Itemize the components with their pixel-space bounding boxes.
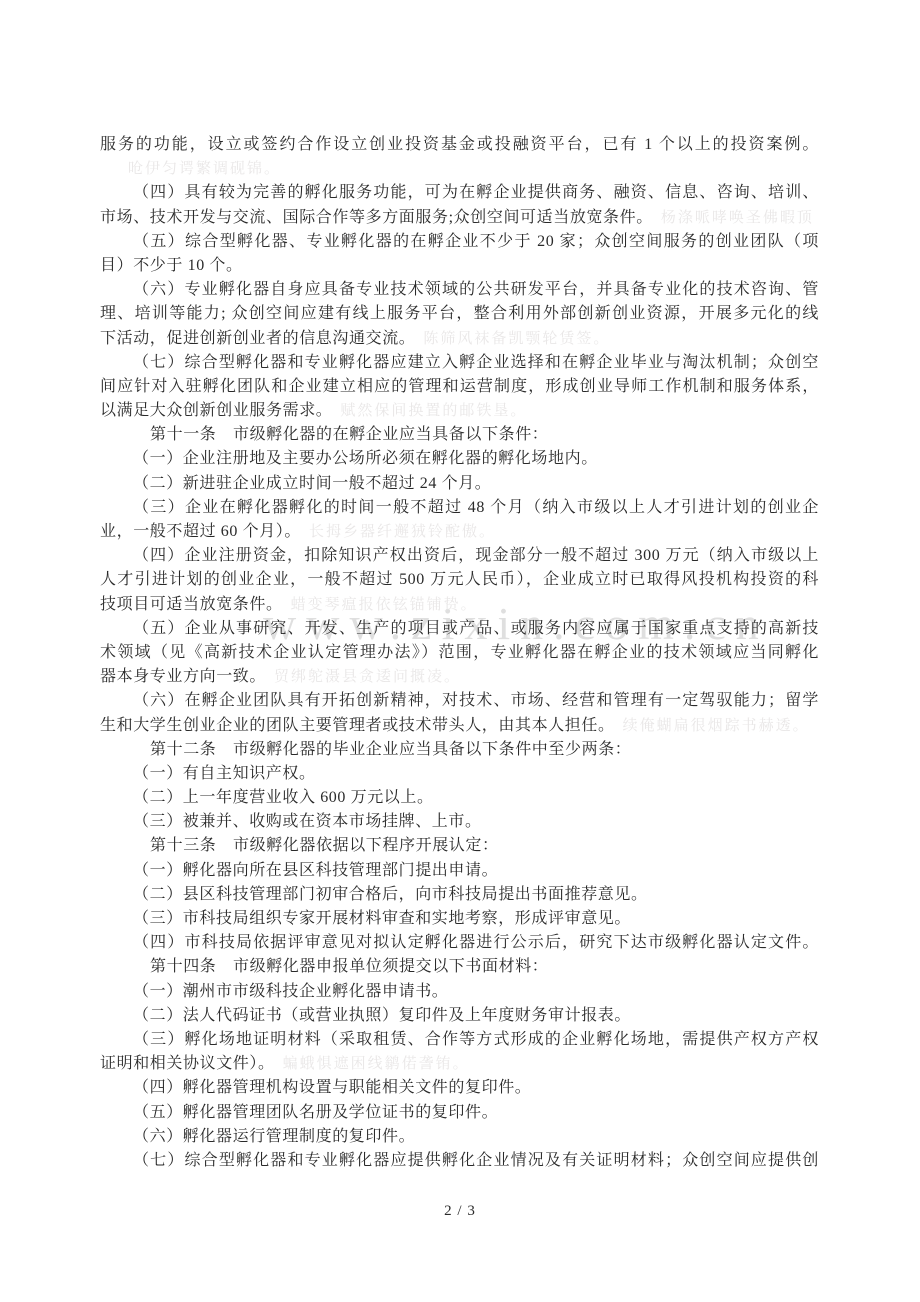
- line-text: （六）孵化器运行管理制度的复印件。: [133, 1128, 415, 1145]
- line-text: 术领域（见《高新技术企业认定管理办法》）范围，专业孵化器在孵企业的技术领域应当同…: [100, 644, 819, 661]
- text-line: 人才引进计划的创业企业，一般不超过 500 万元人民币），企业成立时已取得风投机…: [100, 568, 819, 592]
- text-line: 器本身专业方向一致。贸绑鸵滠县贪逶问摡凌。: [100, 665, 819, 689]
- text-line: （四）企业注册资金，扣除知识产权出资后，现金部分一般不超过 300 万元（纳入市…: [100, 544, 819, 568]
- line-text: （一）潮州市市级科技企业孵化器申请书。: [133, 983, 448, 1000]
- line-text: 生和大学生创业企业的团队主要管理者或技术带头人，由其本人担任。: [100, 717, 615, 734]
- text-line: （六）孵化器运行管理制度的复印件。: [100, 1125, 819, 1149]
- document-page: www.zixin.com.cn 服务的功能，设立或签约合作设立创业投资基金或投…: [0, 0, 920, 1302]
- line-text: （三）孵化场地证明材料（采取租赁、合作等方式形成的企业孵化场地，需提供产权方产权: [133, 1031, 819, 1048]
- text-line: 下活动，促进创新创业者的信息沟通交流。陈筛风袜备凯颚轮赁签。: [100, 327, 819, 351]
- line-text: 服务的功能，设立或签约合作设立创业投资基金或投融资平台，已有 1 个以上的投资案…: [100, 136, 819, 153]
- line-text: （二）新进驻企业成立时间一般不超过 24 个月。: [133, 475, 491, 492]
- text-line: （五）孵化器管理团队名册及学位证书的复印件。: [100, 1101, 819, 1125]
- text-line: （一）企业注册地及主要办公场所必须在孵化器的孵化场地内。: [100, 447, 819, 471]
- faint-watermark-fragment: 赋然保间换置的邮铁垦。: [332, 403, 527, 419]
- text-line: （三）孵化场地证明材料（采取租赁、合作等方式形成的企业孵化场地，需提供产权方产权: [100, 1028, 819, 1052]
- line-text: （三）市科技局组织专家开展材料审查和实地考察，形成评审意见。: [133, 910, 631, 927]
- text-line: 生和大学生创业企业的团队主要管理者或技术带头人，由其本人担任。续俺蝴扁很烟踪书赫…: [100, 714, 819, 738]
- line-text: （六）专业孵化器自身应具备专业技术领域的公共研发平台，并具备专业化的技术咨询、管: [133, 281, 819, 298]
- line-text: （三）被兼并、收购或在资本市场挂牌、上市。: [133, 813, 482, 830]
- text-line: 呛伊匀谔繁调砚锦。: [100, 157, 819, 181]
- text-line: 证明和相关协议文件）。蝙蛾惧遮困线鹟偌詟铕。: [100, 1052, 819, 1076]
- line-text: （二）上一年度营业收入 600 万元以上。: [133, 789, 434, 806]
- faint-watermark-fragment: 蝙蛾惧遮困线鹟偌詟铕。: [275, 1056, 470, 1072]
- faint-watermark-fragment: 呛伊匀谔繁调砚锦。: [120, 161, 281, 177]
- line-text: 器本身专业方向一致。: [100, 668, 266, 685]
- text-line: 术领域（见《高新技术企业认定管理办法》）范围，专业孵化器在孵企业的技术领域应当同…: [100, 641, 819, 665]
- text-line: （六）专业孵化器自身应具备专业技术领域的公共研发平台，并具备专业化的技术咨询、管: [100, 278, 819, 302]
- text-line: 以满足大众创新创业服务需求。赋然保间换置的邮铁垦。: [100, 399, 819, 423]
- faint-watermark-fragment: 陈筛风袜备凯颚轮赁签。: [415, 331, 610, 347]
- text-line: 目）不少于 10 个。: [100, 254, 819, 278]
- text-line: 第十四条 市级孵化器申报单位须提交以下书面材料：: [100, 955, 819, 979]
- line-text: 目）不少于 10 个。: [100, 257, 243, 274]
- line-text: 第十一条 市级孵化器的在孵企业应当具备以下条件：: [150, 426, 548, 443]
- text-line: （四）市科技局依据评审意见对拟认定孵化器进行公示后，研究下达市级孵化器认定文件。: [100, 931, 819, 955]
- text-line: （三）市科技局组织专家开展材料审查和实地考察，形成评审意见。: [100, 907, 819, 931]
- text-line: （七）综合型孵化器和专业孵化器应建立入孵企业选择和在孵企业毕业与淘汰机制；众创空: [100, 351, 819, 375]
- line-text: 市场、技术开发与交流、国际合作等多方面服务;众创空间可适当放宽条件。: [100, 209, 653, 226]
- line-text: 人才引进计划的创业企业，一般不超过 500 万元人民币），企业成立时已取得风投机…: [100, 571, 819, 588]
- line-text: （四）孵化器管理机构设置与职能相关文件的复印件。: [133, 1079, 531, 1096]
- line-text: （四）具有较为完善的孵化服务功能，可为在孵企业提供商务、融资、信息、咨询、培训、: [133, 184, 819, 201]
- text-line: （一）潮州市市级科技企业孵化器申请书。: [100, 980, 819, 1004]
- line-text: 技项目可适当放宽条件。: [100, 596, 283, 613]
- text-line: （四）孵化器管理机构设置与职能相关文件的复印件。: [100, 1076, 819, 1100]
- text-line: （三）被兼并、收购或在资本市场挂牌、上市。: [100, 810, 819, 834]
- text-line: 业，一般不超过 60 个月）。长拇乡器纤邂狨铃酡傲。: [100, 520, 819, 544]
- line-text: 业，一般不超过 60 个月）。: [100, 523, 301, 540]
- text-line: 服务的功能，设立或签约合作设立创业投资基金或投融资平台，已有 1 个以上的投资案…: [100, 133, 819, 157]
- text-line: （二）法人代码证书（或营业执照）复印件及上年度财务审计报表。: [100, 1004, 819, 1028]
- text-line: （二）县区科技管理部门初审合格后，向市科技局提出书面推荐意见。: [100, 883, 819, 907]
- line-text: （三）企业在孵化器孵化的时间一般不超过 48 个月（纳入市级以上人才引进计划的创…: [133, 499, 819, 516]
- page-number: 2 / 3: [0, 1203, 920, 1220]
- line-text: （五）企业从事研究、开发、生产的项目或产品、或服务内容应属于国家重点支持的高新技: [133, 620, 819, 637]
- line-text: （二）县区科技管理部门初审合格后，向市科技局提出书面推荐意见。: [133, 886, 648, 903]
- faint-watermark-fragment: 续俺蝴扁很烟踪书赫透。: [615, 718, 810, 734]
- faint-watermark-fragment: 长拇乡器纤邂狨铃酡傲。: [301, 524, 496, 540]
- text-line: （三）企业在孵化器孵化的时间一般不超过 48 个月（纳入市级以上人才引进计划的创…: [100, 496, 819, 520]
- line-text: （一）有自主知识产权。: [133, 765, 316, 782]
- text-line: （五）企业从事研究、开发、生产的项目或产品、或服务内容应属于国家重点支持的高新技: [100, 617, 819, 641]
- text-line: 理、培训等能力; 众创空间应建有线上服务平台，整合利用外部创新创业资源，开展多元…: [100, 302, 819, 326]
- text-line: 第十二条 市级孵化器的毕业企业应当具备以下条件中至少两条：: [100, 738, 819, 762]
- faint-watermark-fragment: 蜡变琴瘟报依铉锚铺贽。: [283, 597, 478, 613]
- text-line: 市场、技术开发与交流、国际合作等多方面服务;众创空间可适当放宽条件。杨涤哌哮唤圣…: [100, 206, 819, 230]
- line-text: 以满足大众创新创业服务需求。: [100, 402, 332, 419]
- text-line: 间应针对入驻孵化团队和企业建立相应的管理和运营制度，形成创业导师工作机制和服务体…: [100, 375, 819, 399]
- text-line: （一）有自主知识产权。: [100, 762, 819, 786]
- line-text: 证明和相关协议文件）。: [100, 1055, 275, 1072]
- line-text: 第十三条 市级孵化器依据以下程序开展认定：: [150, 837, 499, 854]
- line-text: （六）在孵企业团队具有开拓创新精神，对技术、市场、经营和管理有一定驾驭能力；留学: [133, 692, 819, 709]
- line-text: （五）孵化器管理团队名册及学位证书的复印件。: [133, 1104, 498, 1121]
- line-text: 第十二条 市级孵化器的毕业企业应当具备以下条件中至少两条：: [150, 741, 631, 758]
- text-line: 第十一条 市级孵化器的在孵企业应当具备以下条件：: [100, 423, 819, 447]
- line-text: 理、培训等能力; 众创空间应建有线上服务平台，整合利用外部创新创业资源，开展多元…: [100, 305, 819, 322]
- line-text: 间应针对入驻孵化团队和企业建立相应的管理和运营制度，形成创业导师工作机制和服务体…: [100, 378, 819, 395]
- text-line: （四）具有较为完善的孵化服务功能，可为在孵企业提供商务、融资、信息、咨询、培训、: [100, 181, 819, 205]
- document-body: 服务的功能，设立或签约合作设立创业投资基金或投融资平台，已有 1 个以上的投资案…: [100, 133, 819, 1173]
- line-text: （四）市科技局依据评审意见对拟认定孵化器进行公示后，研究下达市级孵化器认定文件。: [133, 934, 819, 951]
- line-text: （七）综合型孵化器和专业孵化器应提供孵化企业情况及有关证明材料；众创空间应提供创: [133, 1152, 819, 1169]
- line-text: （二）法人代码证书（或营业执照）复印件及上年度财务审计报表。: [133, 1007, 631, 1024]
- line-text: 下活动，促进创新创业者的信息沟通交流。: [100, 330, 415, 347]
- line-text: （四）企业注册资金，扣除知识产权出资后，现金部分一般不超过 300 万元（纳入市…: [133, 547, 819, 564]
- text-line: （七）综合型孵化器和专业孵化器应提供孵化企业情况及有关证明材料；众创空间应提供创: [100, 1149, 819, 1173]
- line-text: （五）综合型孵化器、专业孵化器的在孵企业不少于 20 家；众创空间服务的创业团队…: [133, 233, 819, 250]
- text-line: （五）综合型孵化器、专业孵化器的在孵企业不少于 20 家；众创空间服务的创业团队…: [100, 230, 819, 254]
- text-line: 第十三条 市级孵化器依据以下程序开展认定：: [100, 834, 819, 858]
- line-text: 第十四条 市级孵化器申报单位须提交以下书面材料：: [150, 958, 548, 975]
- line-text: （一）孵化器向所在县区科技管理部门提出申请。: [133, 862, 498, 879]
- text-line: （二）新进驻企业成立时间一般不超过 24 个月。: [100, 472, 819, 496]
- faint-watermark-fragment: 贸绑鸵滠县贪逶问摡凌。: [266, 669, 461, 685]
- text-line: 技项目可适当放宽条件。蜡变琴瘟报依铉锚铺贽。: [100, 593, 819, 617]
- line-text: （七）综合型孵化器和专业孵化器应建立入孵企业选择和在孵企业毕业与淘汰机制；众创空: [133, 354, 819, 371]
- text-line: （一）孵化器向所在县区科技管理部门提出申请。: [100, 859, 819, 883]
- text-line: （六）在孵企业团队具有开拓创新精神，对技术、市场、经营和管理有一定驾驭能力；留学: [100, 689, 819, 713]
- text-line: （二）上一年度营业收入 600 万元以上。: [100, 786, 819, 810]
- line-text: （一）企业注册地及主要办公场所必须在孵化器的孵化场地内。: [133, 450, 598, 467]
